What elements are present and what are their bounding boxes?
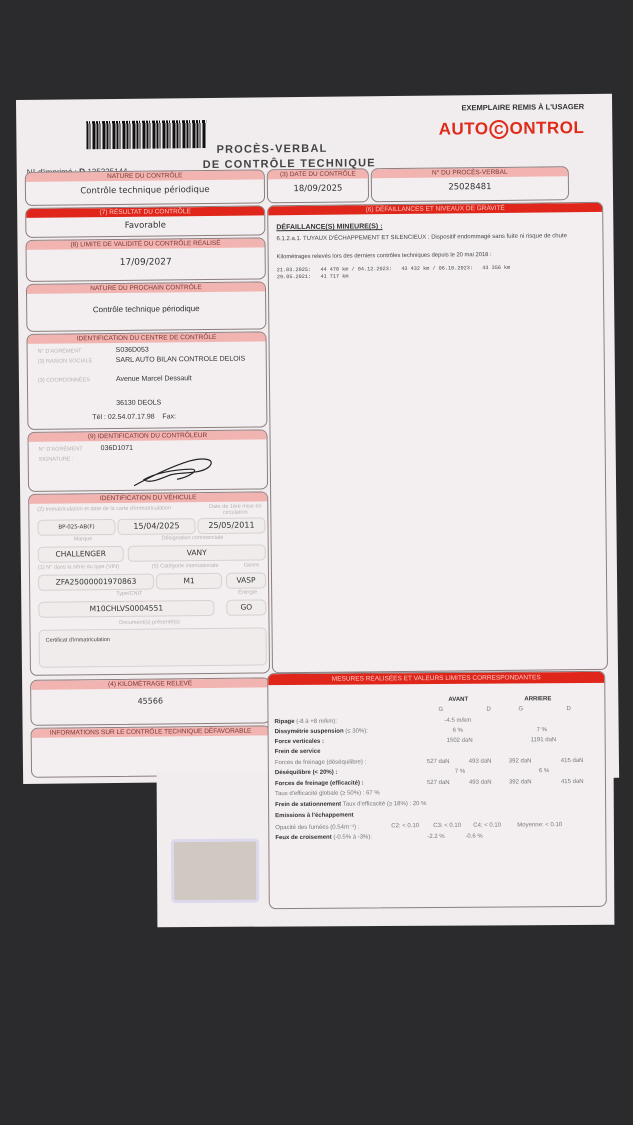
numero-pv-value: 25028481	[372, 181, 568, 193]
arriere-d: D	[566, 706, 570, 712]
frein-service-label: Frein de service	[275, 749, 321, 755]
forces-deseq-ar-d: 415 daN	[561, 758, 584, 764]
exemplaire-label: EXEMPLAIRE REMIS À L'USAGER	[461, 102, 584, 112]
vin-value: ZFA25000001970863	[38, 574, 154, 591]
deseq-arriere: 6 %	[539, 768, 549, 774]
deseq-avant: 7 %	[455, 769, 465, 775]
documents-box: Certificat d'immatriculation	[39, 627, 267, 667]
validite-box: (8) LIMITE DE VALIDITÉ DU CONTRÔLE RÉALI…	[25, 237, 265, 282]
controleur-label: (9) IDENTIFICATION DU CONTRÔLEUR	[28, 430, 266, 441]
logo-part2: ONTROL	[509, 118, 584, 138]
opacite-c4: C4: < 0.10	[473, 823, 501, 829]
dissymetrie-avant: 6 %	[453, 728, 463, 734]
barcode	[86, 120, 206, 149]
mesures-label: MESURES RÉALISÉES ET VALEURS LIMITES COR…	[268, 672, 604, 685]
premiere-label: Date de 1ère mise en circulation	[205, 503, 265, 516]
numero-pv-label: N° DU PROCÈS-VERBAL	[372, 167, 568, 178]
energie-label: Énergie	[238, 590, 257, 596]
stationnement-value: Taux d'efficacité (≥ 18%) : 20 %	[343, 801, 427, 808]
ripage-label: Ripage	[275, 719, 295, 725]
stationnement-label: Frein de stationnement	[275, 802, 341, 808]
forces-deseq-av-d: 493 daN	[469, 759, 492, 765]
controleur-agrement-label: N° D'AGRÉMENT	[39, 446, 83, 452]
prochain-box: NATURE DU PROCHAIN CONTRÔLE Contrôle tec…	[26, 281, 266, 332]
forces-eff-ar-d: 415 daN	[561, 779, 584, 785]
dissymetrie-label: Dissymétrie suspension	[275, 729, 344, 735]
centre-agrement-value: S036D053	[116, 347, 149, 354]
taux-global: Taux d'efficacité globale (≥ 50%) : 67 %	[275, 790, 380, 797]
opacite-moyenne: Moyenne: < 0.10	[517, 822, 562, 828]
signature-label: SIGNATURE :	[39, 456, 74, 462]
date-controle-value: 18/09/2025	[268, 183, 368, 194]
controleur-box: (9) IDENTIFICATION DU CONTRÔLEUR N° D'AG…	[27, 429, 268, 492]
centre-box: IDENTIFICATION DU CENTRE DE CONTRÔLE N° …	[26, 331, 267, 430]
nature-controle-box: NATURE DU CONTRÔLE Contrôle technique pé…	[25, 169, 265, 206]
numero-pv-box: N° DU PROCÈS-VERBAL 25028481	[371, 166, 569, 202]
defavorable-label: INFORMATIONS SUR LE CONTRÔLE TECHNIQUE D…	[32, 726, 270, 737]
defaillances-title: DÉFAILLANCE(S) MINEURE(S) :	[276, 223, 382, 231]
opacite-label: Opacité des fumées (0.54m⁻¹) :	[275, 824, 359, 832]
km-history-line1: 21.03.2025: 44 470 km / 04.12.2023: 43 4…	[277, 265, 511, 273]
ripage-value: -4.5 m/km	[444, 718, 471, 724]
feux-gauche: -2.2 %	[427, 834, 444, 840]
genre-value: VASP	[226, 572, 266, 588]
forces-eff-av-d: 493 daN	[469, 780, 492, 786]
categorie-value: M1	[156, 573, 222, 590]
forces-deseq-ar-g: 392 daN	[509, 758, 532, 764]
defaillances-label: (6) DÉFAILLANCES ET NIVEAUX DE GRAVITÉ	[268, 203, 602, 215]
feux-droite: -0.6 %	[465, 834, 482, 840]
hologram-sticker	[171, 839, 259, 903]
ripage-row: Ripage (-8 à +8 m/km):	[275, 719, 338, 725]
categorie-label: (5) Catégorie internationale	[152, 563, 219, 570]
km-intro: Kilométrages relevés lors des derniers c…	[277, 252, 492, 260]
immat-label: (2) Immatriculation et date de la carte …	[37, 505, 171, 512]
km-history-line2: 29.05.2021: 41 717 km	[277, 274, 349, 281]
avant-d: D	[486, 707, 490, 713]
forces-deseq-av-g: 527 daN	[427, 759, 450, 765]
vehicule-label: IDENTIFICATION DU VÉHICULE	[29, 492, 267, 503]
avant-g: G	[438, 707, 443, 713]
date-carte-value: 15/04/2025	[117, 518, 195, 535]
date-controle-label: (3) DATE DU CONTRÔLE	[268, 169, 368, 179]
centre-raison-value: SARL AUTO BILAN CONTROLE DELOIS	[116, 356, 246, 364]
document-title-line1: PROCÈS-VERBAL	[216, 143, 327, 156]
forces-eff-ar-g: 392 daN	[509, 779, 532, 785]
avant-header: AVANT	[448, 697, 468, 703]
defaillances-box: (6) DÉFAILLANCES ET NIVEAUX DE GRAVITÉ D…	[267, 202, 608, 673]
centre-coord-label: (3) COORDONNÉES	[38, 377, 90, 384]
logo-c-icon: C	[489, 120, 508, 139]
prochain-value: Contrôle technique périodique	[27, 303, 265, 314]
documents-label: Document(s) présenté(s)	[30, 618, 268, 626]
stationnement-row: Frein de stationnement Taux d'efficacité…	[275, 801, 426, 808]
mesures-box: MESURES RÉALISÉES ET VALEURS LIMITES COR…	[267, 671, 607, 909]
forces-eff-av-g: 527 daN	[427, 780, 450, 786]
centre-agrement-label: N° D'AGRÉMENT	[38, 348, 82, 354]
force-verticales-avant: 1502 daN	[447, 738, 473, 744]
validite-value: 17/09/2027	[27, 256, 265, 268]
marque-value: CHALLENGER	[38, 546, 124, 563]
feux-label: Feux de croisement	[275, 835, 331, 841]
vehicule-box: IDENTIFICATION DU VÉHICULE (2) Immatricu…	[28, 491, 270, 676]
energie-value: GO	[226, 599, 266, 615]
kilometrage-value: 45566	[31, 695, 269, 706]
resultat-value: Favorable	[26, 219, 264, 231]
type-label: Type/CNIT	[116, 591, 142, 597]
centre-ville: 36130 DEOLS	[116, 399, 161, 406]
designation-label: Désignation commerciale	[162, 535, 224, 542]
opacite-c3: C3: < 0.10	[433, 823, 461, 829]
centre-raison-label: (3) RAISON SOCIALE	[38, 358, 93, 365]
emissions-label: Emissions à l'échappement	[275, 813, 354, 820]
feux-limit: (-0.5% à -3%):	[333, 834, 372, 840]
premiere-value: 25/05/2011	[197, 517, 265, 534]
force-verticales-arriere: 1191 daN	[531, 737, 557, 743]
autocontrol-logo: AUTOCONTROL	[439, 118, 585, 140]
forces-deseq-label: Forces de freinage (déséquilibre) :	[275, 759, 366, 766]
vin-label: (1) N° dans la série du type (VIN)	[38, 564, 119, 571]
dissymetrie-limit: (≤ 30%):	[345, 728, 368, 734]
opacite-c2: C2: < 0.10	[391, 823, 419, 829]
signature-icon	[129, 449, 219, 490]
ripage-limit: (-8 à +8 m/km):	[296, 719, 337, 725]
validite-label: (8) LIMITE DE VALIDITÉ DU CONTRÔLE RÉALI…	[26, 238, 264, 249]
prochain-label: NATURE DU PROCHAIN CONTRÔLE	[27, 282, 265, 293]
marque-label: Marque	[74, 536, 93, 542]
immat-value: BP-025-AB(F)	[37, 519, 115, 536]
defaillance-item: 6.1.2.a.1. TUYAUX D'ÉCHAPPEMENT ET SILEN…	[276, 232, 592, 243]
genre-label: Genre	[244, 562, 259, 568]
dissymetrie-arriere: 7 %	[537, 727, 547, 733]
resultat-box: (7) RÉSULTAT DU CONTRÔLE Favorable	[25, 205, 265, 238]
tel-label: Tél :	[92, 414, 106, 421]
logo-part1: AUTO	[439, 119, 489, 139]
documents-value: Certificat d'immatriculation	[40, 628, 266, 643]
tel-value: 02.54.07.17.98	[108, 414, 155, 421]
kilometrage-label: (4) KILOMÉTRAGE RELEVÉ	[31, 678, 269, 689]
centre-adresse: Avenue Marcel Dessault	[116, 375, 192, 383]
feux-row: Feux de croisement (-0.5% à -3%):	[275, 834, 372, 841]
fax-label: Fax:	[162, 413, 176, 420]
arriere-g: G	[518, 706, 523, 712]
deseq-label: Déséquilibre (< 20%) :	[275, 770, 338, 776]
centre-tel: Tél : 02.54.07.17.98 Fax:	[92, 413, 176, 421]
force-verticales-label: Force verticales :	[275, 739, 324, 745]
dissymetrie-row: Dissymétrie suspension (≤ 30%):	[275, 728, 368, 735]
type-value: M10CHLVS0004551	[38, 600, 214, 618]
designation-value: VANY	[128, 544, 266, 561]
centre-label: IDENTIFICATION DU CENTRE DE CONTRÔLE	[27, 332, 265, 343]
arriere-header: ARRIERE	[524, 696, 551, 702]
kilometrage-box: (4) KILOMÉTRAGE RELEVÉ 45566	[30, 677, 270, 726]
forces-eff-label: Forces de freinage (efficacité) :	[275, 781, 364, 788]
nature-controle-value: Contrôle technique périodique	[26, 184, 264, 196]
resultat-label: (7) RÉSULTAT DU CONTRÔLE	[26, 206, 264, 217]
date-controle-box: (3) DATE DU CONTRÔLE 18/09/2025	[267, 168, 369, 203]
nature-controle-label: NATURE DU CONTRÔLE	[26, 170, 264, 181]
